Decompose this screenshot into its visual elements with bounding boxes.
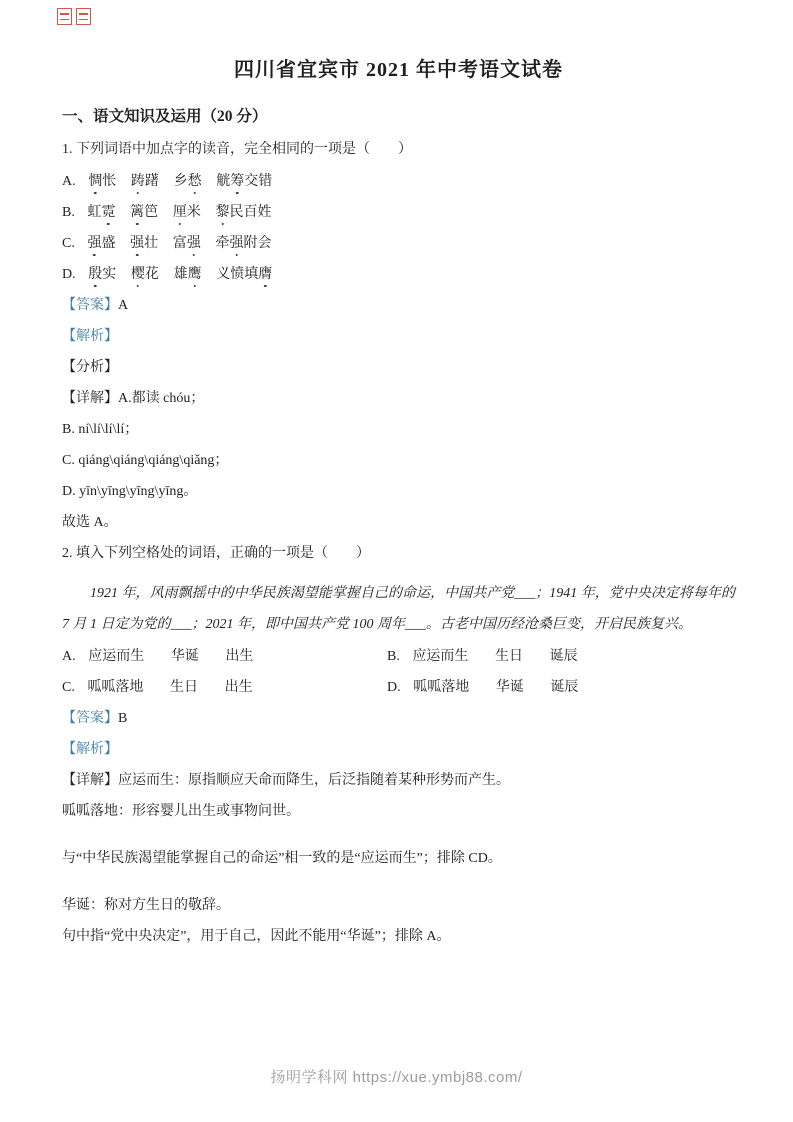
q2-answer-line: 【答案】B (62, 711, 735, 727)
option-word: 出生 (225, 680, 253, 695)
option-letter: A. (62, 649, 76, 664)
option-letter: C. (62, 236, 75, 251)
q1-detail-line: 故选 A。 (62, 515, 735, 531)
option-word: 生日 (495, 649, 523, 664)
q1-option-row: A.惆怅踌躇乡愁觥筹交错 (62, 174, 735, 190)
q2-option-d: D.呱呱落地华诞诞辰 (387, 680, 735, 696)
option-word: 殷实 (88, 267, 116, 282)
option-word: 篱笆 (130, 205, 158, 220)
option-word: 生日 (170, 680, 198, 695)
red-stamp-glyph (76, 8, 91, 25)
document-body: 四川省宜宾市 2021 年中考语文试卷 一、语文知识及运用（20 分） 1. 下… (0, 0, 793, 945)
q2-detail-line: 华诞：称对方生日的敬辞。 (62, 898, 735, 914)
question-1-stem: 1. 下列词语中加点字的读音，完全相同的一项是（ ） (62, 142, 735, 158)
q1-jiexi-label: 【解析】 (62, 329, 735, 345)
option-letter: D. (62, 267, 76, 282)
answer-label: 【答案】 (62, 711, 118, 726)
q1-option-row: B.虹霓篱笆厘米黎民百姓 (62, 205, 735, 221)
option-letter: A. (62, 174, 76, 189)
option-word: 应运而生 (412, 649, 468, 664)
option-word: 诞辰 (550, 680, 578, 695)
q2-detail-line: 【详解】应运而生：原指顺应天命而降生，后泛指随着某种形势而产生。 (62, 773, 735, 789)
option-word: 强壮 (130, 236, 158, 251)
q2-answer-value: B (118, 711, 127, 726)
q1-options: A.惆怅踌躇乡愁觥筹交错B.虹霓篱笆厘米黎民百姓C.强盛强壮富强牵强附会D.殷实… (62, 174, 735, 283)
option-word: 雄鹰 (174, 267, 202, 282)
option-word: 强盛 (87, 236, 115, 251)
option-letter: C. (62, 680, 75, 695)
option-word: 应运而生 (88, 649, 144, 664)
q2-options: A.应运而生华诞出生 B.应运而生生日诞辰 C.呱呱落地生日出生 D.呱呱落地华… (62, 649, 735, 711)
exam-paper-page: 四川省宜宾市 2021 年中考语文试卷 一、语文知识及运用（20 分） 1. 下… (0, 0, 793, 1122)
option-word: 惆怅 (88, 174, 116, 189)
page-title: 四川省宜宾市 2021 年中考语文试卷 (62, 58, 735, 82)
question-2-stem: 2. 填入下列空格处的词语，正确的一项是（ ） (62, 546, 735, 562)
q2-detail-line: 呱呱落地：形容婴儿出生或事物问世。 (62, 804, 735, 820)
option-word: 呱呱落地 (413, 680, 469, 695)
option-word: 富强 (173, 236, 201, 251)
red-stamp-glyph (57, 8, 72, 25)
option-word: 呱呱落地 (87, 680, 143, 695)
q1-detail-line: 【详解】A.都读 chóu； (62, 391, 735, 407)
option-letter: B. (62, 205, 75, 220)
option-word: 出生 (225, 649, 253, 664)
q2-detail-line: 与“中华民族渴望能掌握自己的命运”相一致的是“应运而生”；排除 CD。 (62, 851, 735, 867)
q2-passage: 1921 年，风雨飘摇中的中华民族渴望能掌握自己的命运，中国共产党___；194… (62, 578, 735, 640)
red-stamp-icon (57, 8, 95, 30)
q1-fenxi-label: 【分析】 (62, 360, 735, 376)
q2-option-b: B.应运而生生日诞辰 (387, 649, 735, 665)
option-word: 华诞 (171, 649, 199, 664)
option-word: 华诞 (496, 680, 524, 695)
q2-option-a: A.应运而生华诞出生 (62, 649, 387, 665)
q2-detail-line: 句中指“党中央决定”，用于自己，因此不能用“华诞”；排除 A。 (62, 929, 735, 945)
option-word: 厘米 (173, 205, 201, 220)
option-letter: D. (387, 680, 401, 695)
option-word: 樱花 (131, 267, 159, 282)
option-word: 牵强附会 (216, 236, 272, 251)
option-word: 乡愁 (174, 174, 202, 189)
option-word: 踌躇 (131, 174, 159, 189)
q1-option-row: D.殷实樱花雄鹰义愤填膺 (62, 267, 735, 283)
q1-detail-line: B. ní\lí\lí\lí； (62, 422, 735, 438)
q1-detail-line: D. yīn\yīng\yīng\yīng。 (62, 484, 735, 500)
option-word: 虹霓 (87, 205, 115, 220)
q1-answer-value: A (118, 298, 128, 313)
q2-option-c: C.呱呱落地生日出生 (62, 680, 387, 696)
option-word: 黎民百姓 (216, 205, 272, 220)
site-watermark: 扬明学科网 https://xue.ymbj88.com/ (0, 1066, 793, 1087)
option-word: 诞辰 (550, 649, 578, 664)
q2-jiexi-label: 【解析】 (62, 742, 735, 758)
option-word: 觥筹交错 (216, 174, 272, 189)
option-word: 义愤填膺 (216, 267, 272, 282)
answer-label: 【答案】 (62, 298, 118, 313)
q1-detail-line: C. qiáng\qiáng\qiáng\qiǎng； (62, 453, 735, 469)
q1-option-row: C.强盛强壮富强牵强附会 (62, 236, 735, 252)
section-heading: 一、语文知识及运用（20 分） (62, 108, 735, 126)
q1-answer-line: 【答案】A (62, 298, 735, 314)
option-letter: B. (387, 649, 400, 664)
